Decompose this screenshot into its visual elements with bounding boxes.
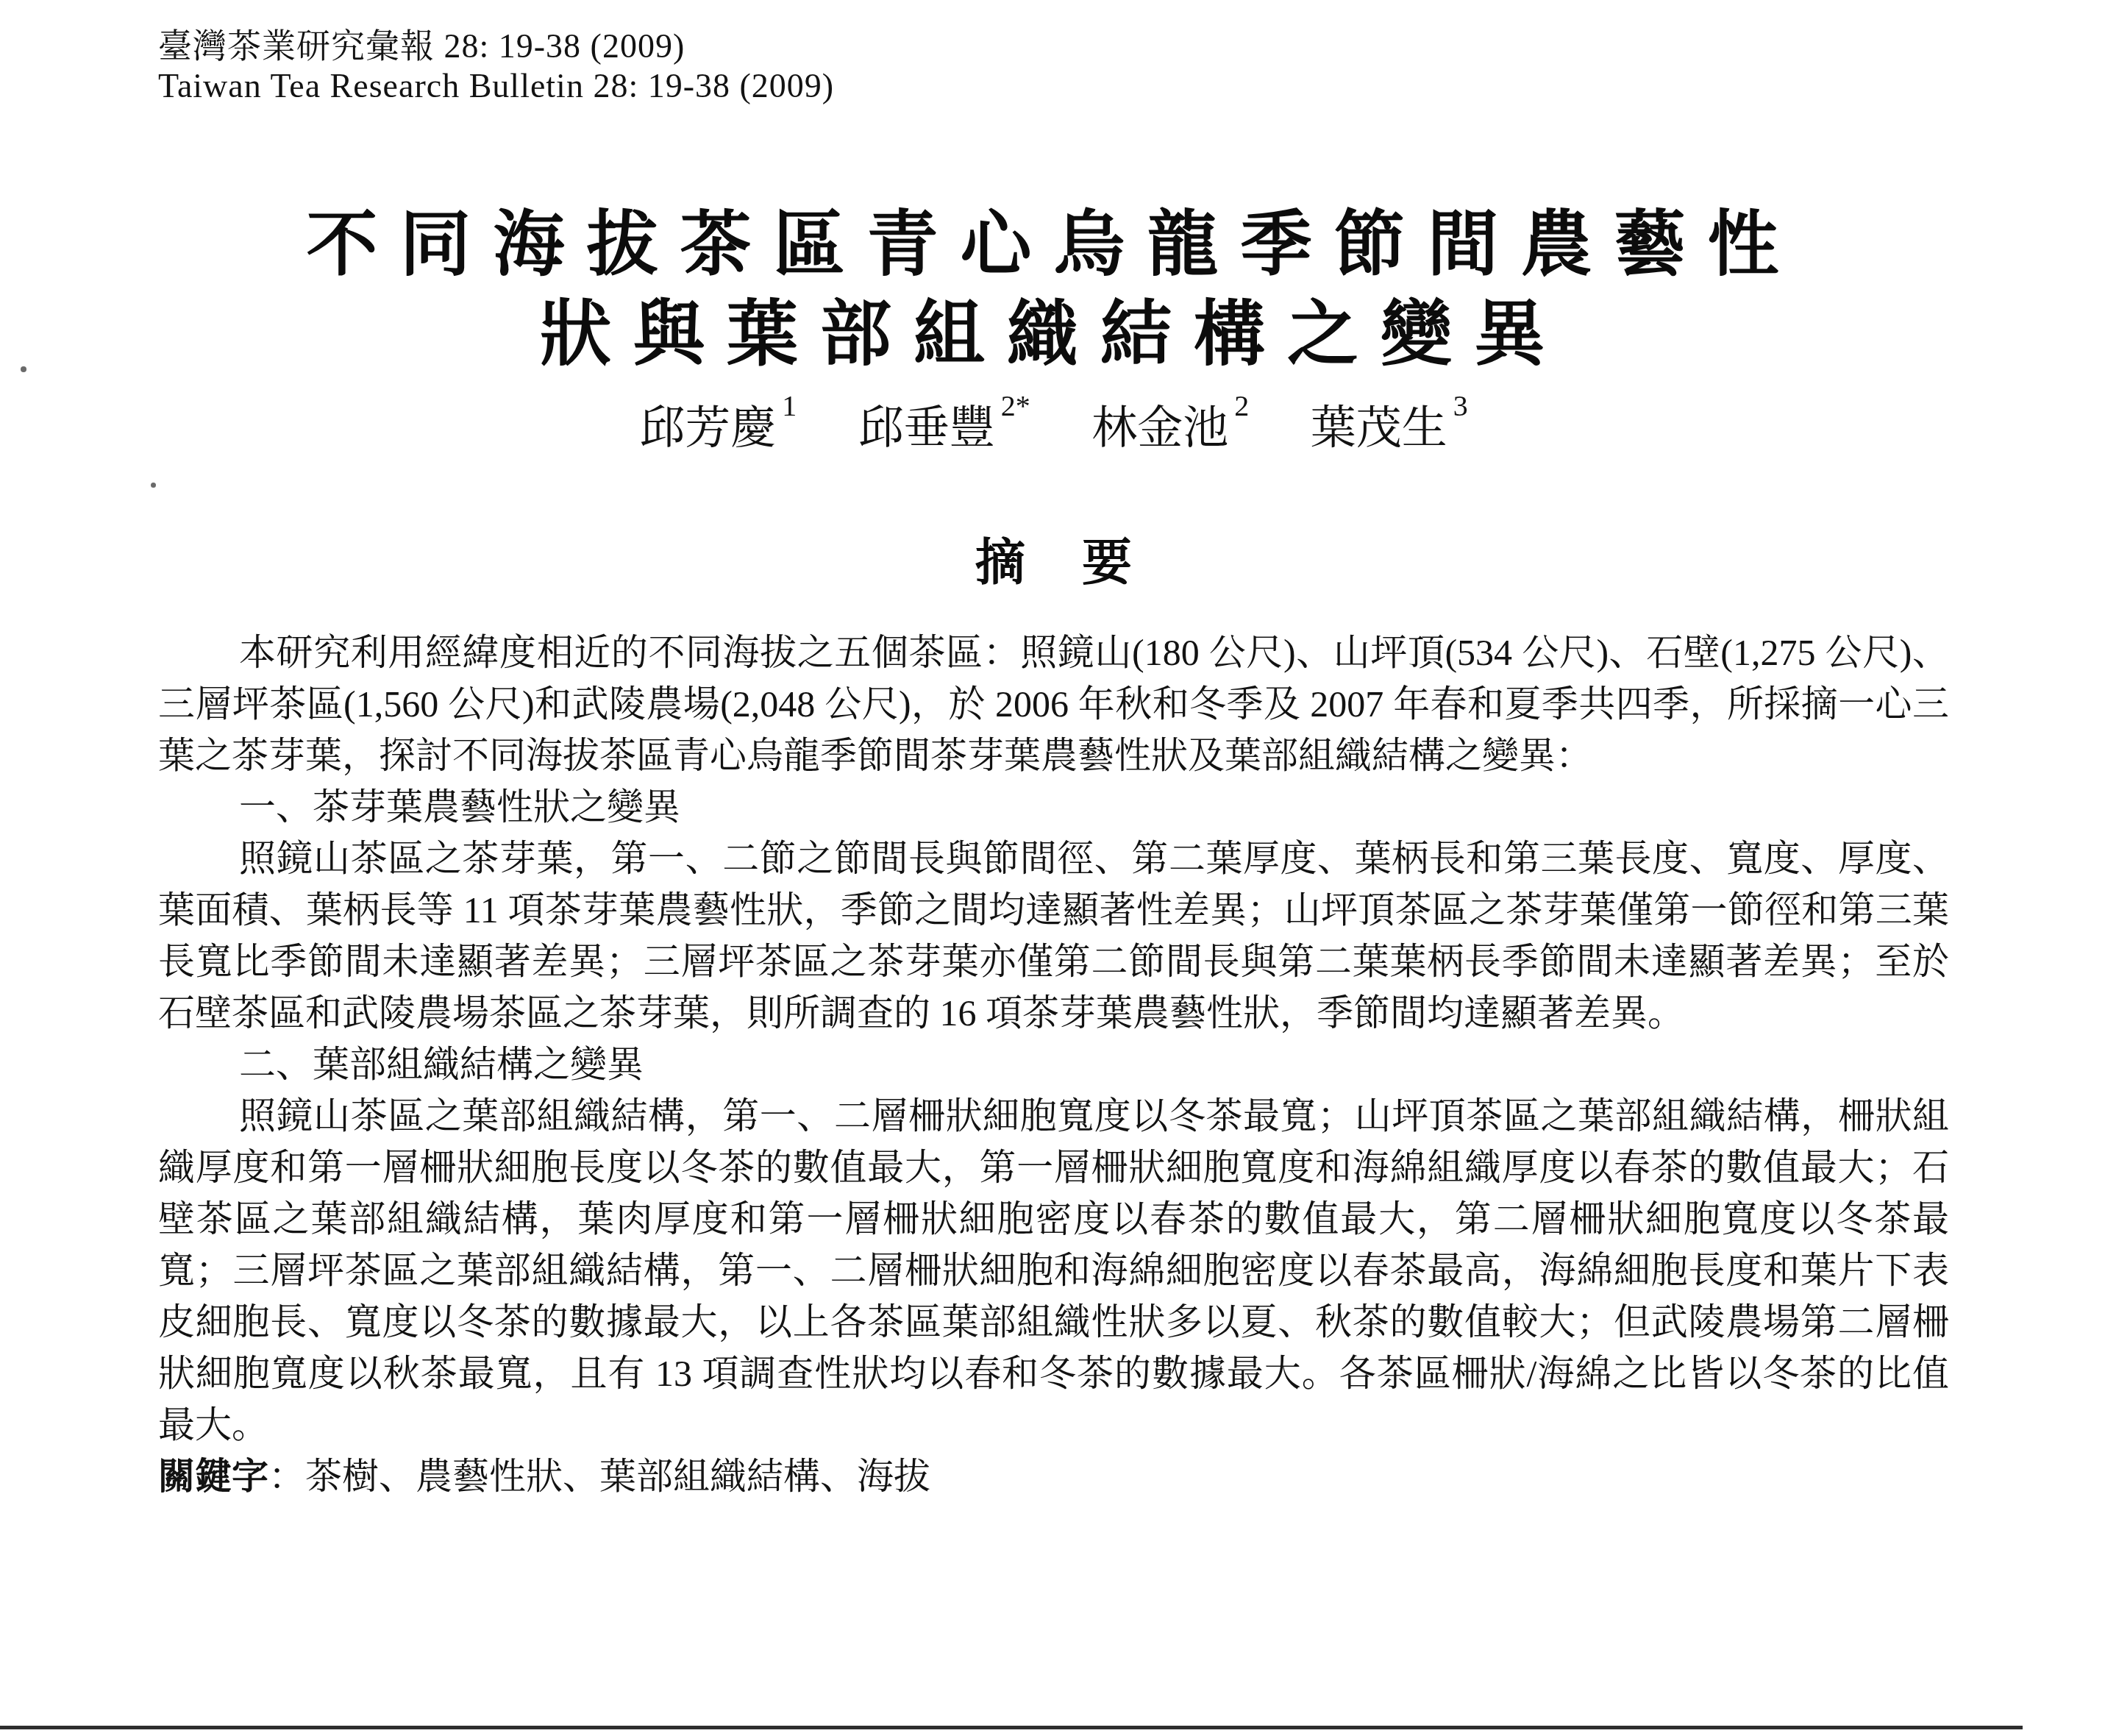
author: 邱芳慶1 xyxy=(639,404,797,454)
abstract-subheading-2: 二、葉部組織結構之變異 xyxy=(158,1039,1949,1090)
author: 林金池2 xyxy=(1091,404,1249,454)
scan-speck xyxy=(151,483,156,488)
abstract-subheading-1: 一、茶芽葉農藝性狀之變異 xyxy=(158,781,1949,833)
author: 邱垂豐2* xyxy=(858,404,1030,454)
author-affiliation-mark: 2 xyxy=(1234,389,1249,422)
abstract-paragraph-tissue: 照鏡山茶區之葉部組織結構，第一、二層柵狀細胞寬度以冬茶最寬；山坪頂茶區之葉部組織… xyxy=(158,1090,1949,1451)
journal-title-zh: 臺灣茶業研究彙報 28: 19-38 (2009) xyxy=(158,26,1949,66)
keywords-text: ：茶樹、農藝性狀、葉部組織結構、海拔 xyxy=(268,1456,930,1497)
author-name: 邱芳慶 xyxy=(639,404,776,454)
journal-title-en: Taiwan Tea Research Bulletin 28: 19-38 (… xyxy=(158,66,1949,106)
page-bottom-scan-rule xyxy=(0,1726,2023,1729)
abstract-heading: 摘 要 xyxy=(158,532,1949,594)
author-name: 邱垂豐 xyxy=(858,404,995,454)
abstract-paragraph-intro: 本研究利用經緯度相近的不同海拔之五個茶區：照鏡山(180 公尺)、山坪頂(534… xyxy=(158,627,1949,781)
abstract-paragraph-agronomic: 照鏡山茶區之茶芽葉，第一、二節之節間長與節間徑、第二葉厚度、葉柄長和第三葉長度、… xyxy=(158,833,1949,1039)
scan-speck xyxy=(21,366,26,372)
paper-title: 不同海拔茶區青心烏龍季節間農藝性 狀與葉部組織結構之變異 xyxy=(158,200,1949,380)
paper-title-line2: 狀與葉部組織結構之變異 xyxy=(540,295,1567,374)
journal-header: 臺灣茶業研究彙報 28: 19-38 (2009) Taiwan Tea Res… xyxy=(158,26,1949,106)
paper-title-line1: 不同海拔茶區青心烏龍季節間農藝性 xyxy=(307,205,1801,284)
paper-page: 臺灣茶業研究彙報 28: 19-38 (2009) Taiwan Tea Res… xyxy=(0,0,2105,1502)
author-line: 邱芳慶1 邱垂豐2* 林金池2 葉茂生3 xyxy=(158,394,1949,464)
keywords-line: 關鍵字：茶樹、農藝性狀、葉部組織結構、海拔 xyxy=(158,1451,1949,1502)
author-affiliation-mark: 2* xyxy=(1001,389,1030,422)
author-affiliation-mark: 1 xyxy=(782,389,797,422)
author-name: 林金池 xyxy=(1091,404,1228,454)
keywords-label: 關鍵字 xyxy=(158,1456,268,1497)
author-affiliation-mark: 3 xyxy=(1453,389,1468,422)
author-name: 葉茂生 xyxy=(1311,404,1447,454)
abstract-body: 本研究利用經緯度相近的不同海拔之五個茶區：照鏡山(180 公尺)、山坪頂(534… xyxy=(158,627,1949,1451)
author: 葉茂生3 xyxy=(1311,404,1468,454)
